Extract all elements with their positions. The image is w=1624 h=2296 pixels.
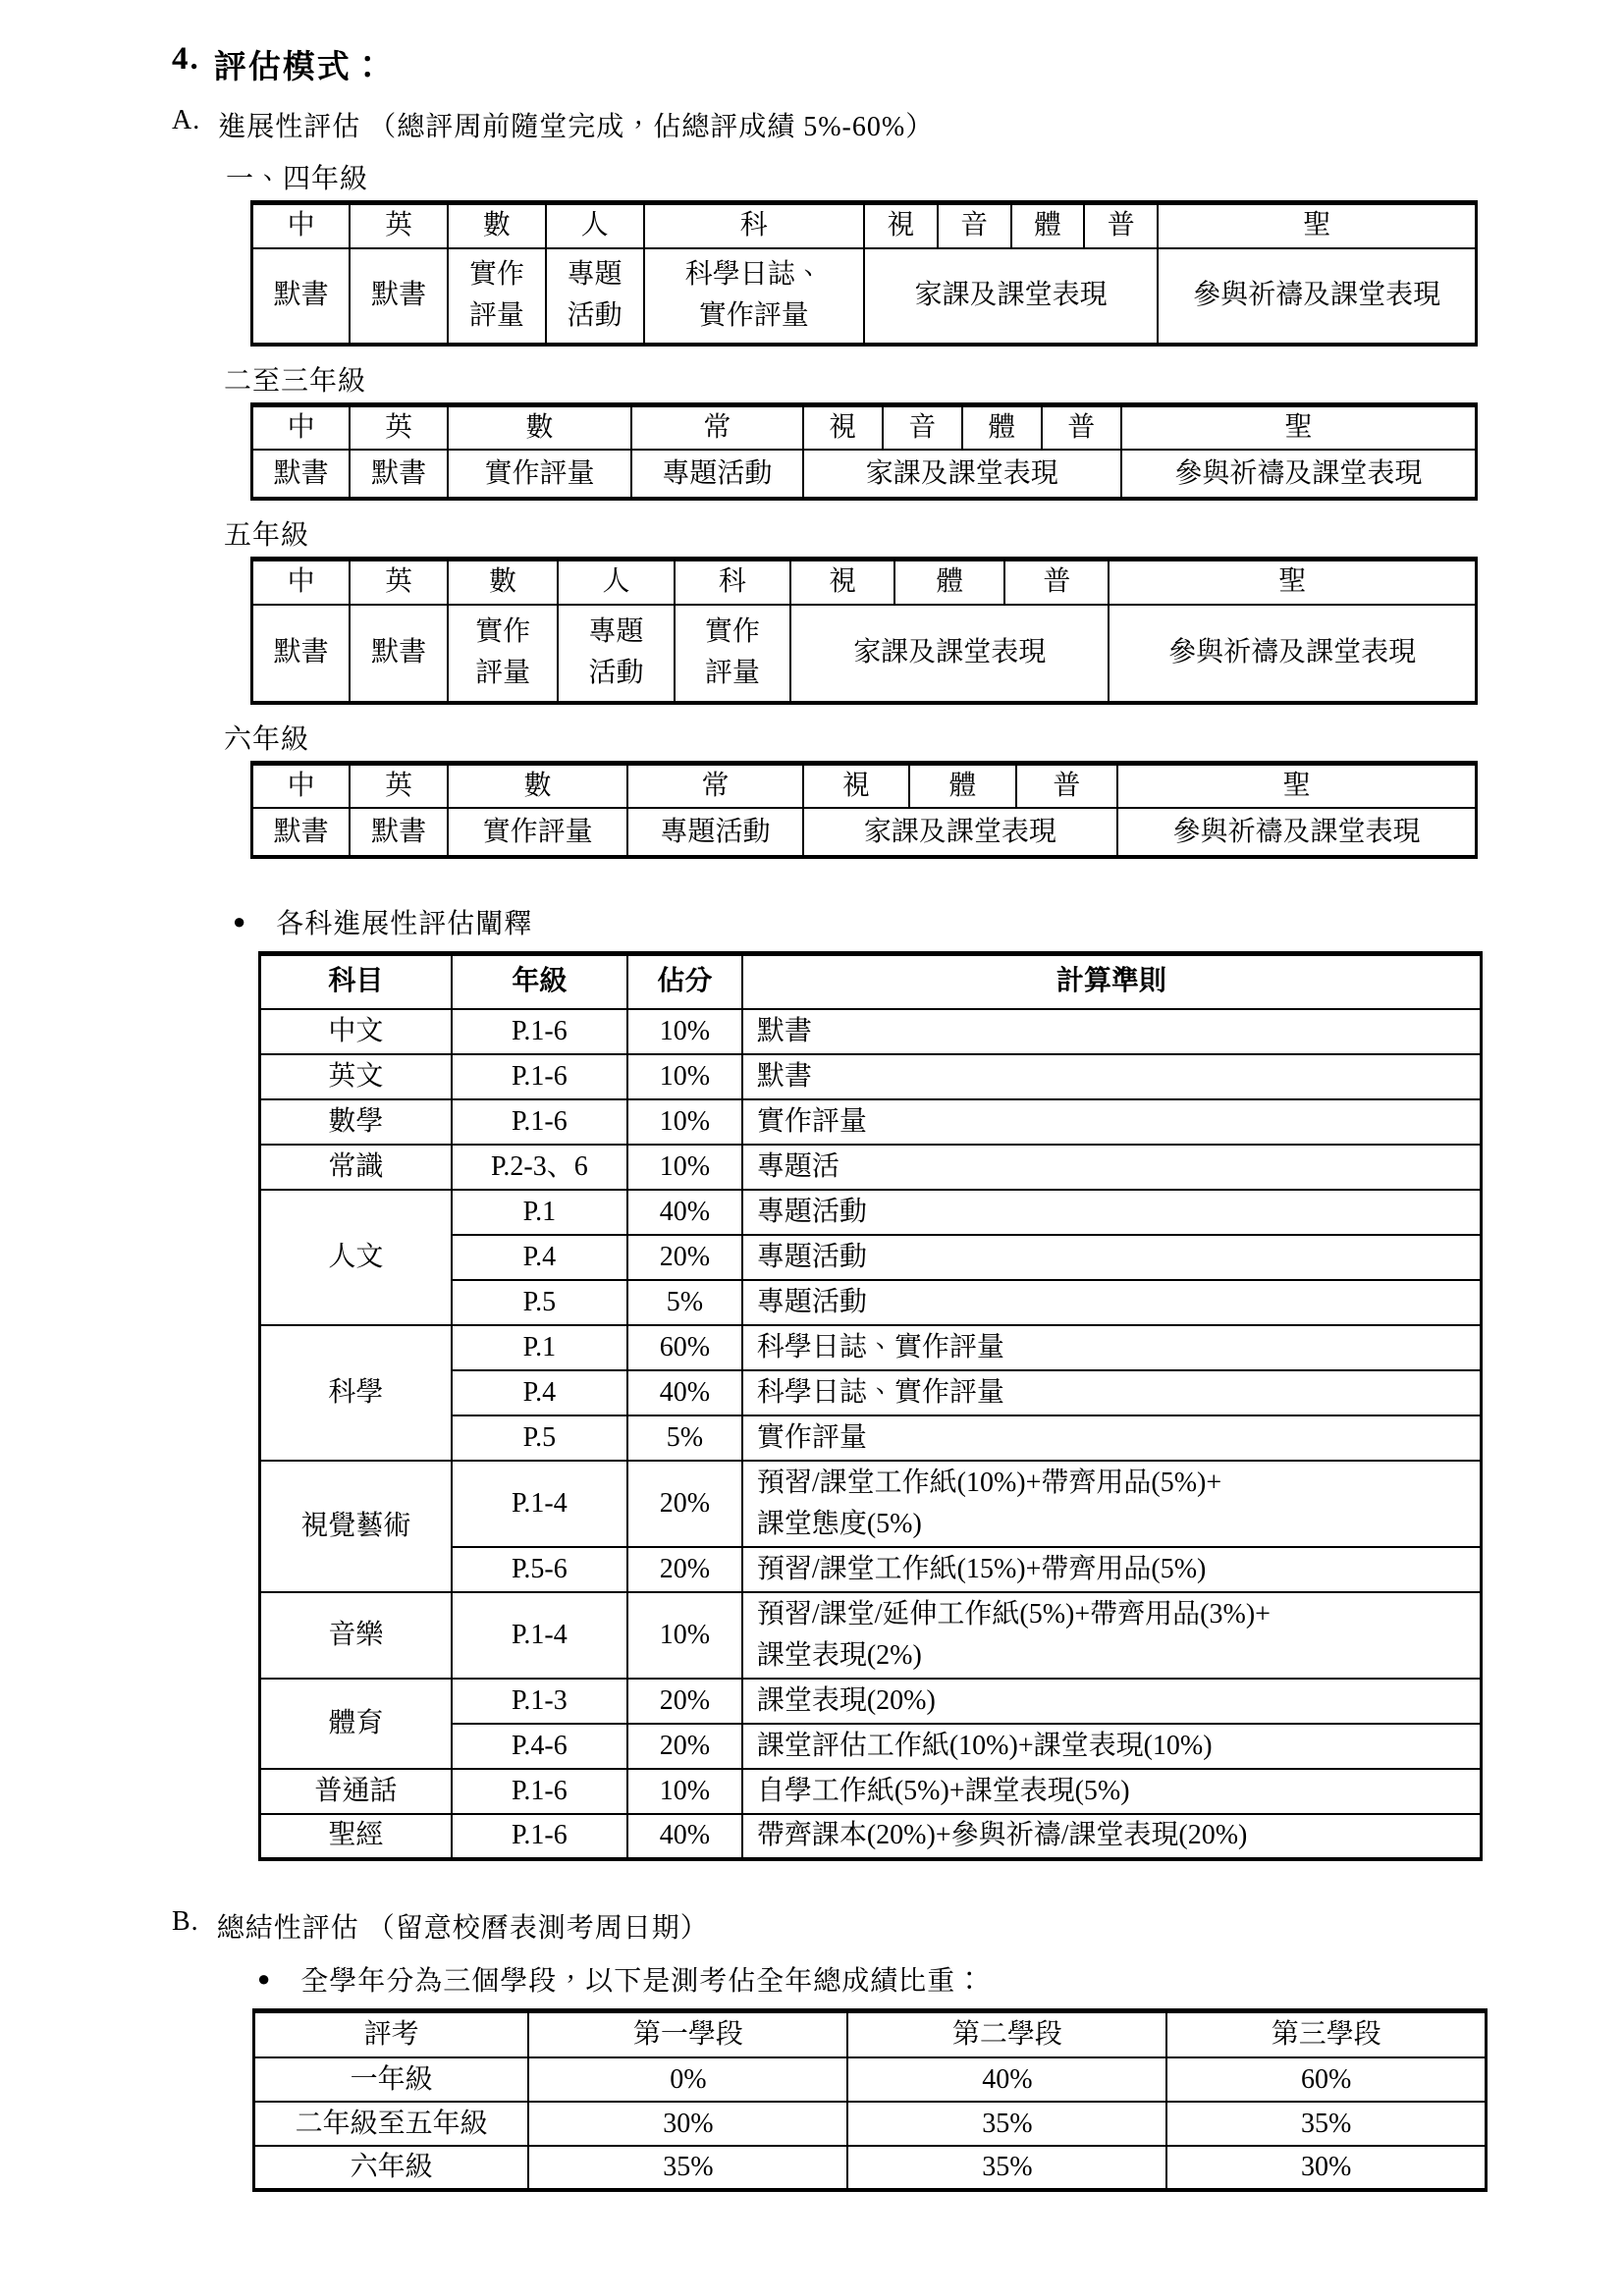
percent-cell: 40%: [627, 1814, 742, 1859]
header-cell: 科: [675, 560, 790, 605]
rule-cell: 實作評量: [742, 1099, 1482, 1145]
summary-table-caption: ● 全學年分為三個學段，以下是測考佔全年總成績比重：: [257, 1959, 1624, 1999]
body-cell: 參與祈禱及課堂表現: [1158, 248, 1476, 345]
header-cell: 體: [909, 763, 1015, 808]
table-row: 六年級 35% 35% 30%: [254, 2146, 1487, 2190]
header-cell: 第三學段: [1166, 2010, 1486, 2057]
grade-level-cell: 一年級: [254, 2057, 529, 2102]
percent-cell: 20%: [627, 1679, 742, 1724]
header-cell: 體: [1011, 203, 1085, 248]
section-number: 4.: [172, 41, 200, 87]
header-cell: 數: [448, 560, 558, 605]
rule-cell: 自學工作紙(5%)+課堂表現(5%): [742, 1769, 1482, 1814]
part-b-title: 總結性評估 （留意校曆表測考周日期）: [217, 1906, 709, 1946]
grade-cell: P.1-3: [452, 1679, 627, 1724]
grade-cell: P.5: [452, 1415, 627, 1461]
grade-cell: P.1-6: [452, 1099, 627, 1145]
table-body-row: 默書 默書 實作評量 專題活動 家課及課堂表現 參與祈禱及課堂表現: [252, 808, 1477, 857]
body-cell: 默書: [350, 248, 448, 345]
header-cell: 第一學段: [528, 2010, 847, 2057]
summary-table-caption-text: 全學年分為三個學段，以下是測考佔全年總成績比重：: [300, 1959, 984, 1999]
percent-cell: 35%: [1166, 2102, 1486, 2146]
body-cell: 實作評量: [448, 808, 627, 857]
part-a-heading: A. 進展性評估 （總評周前隨堂完成，佔總評成績 5%-60%）: [172, 105, 1624, 144]
rule-cell: 專題活動: [742, 1190, 1482, 1235]
body-cell: 家課及課堂表現: [803, 808, 1117, 857]
part-b-letter: B.: [172, 1906, 199, 1946]
percent-cell: 5%: [627, 1280, 742, 1325]
percent-cell: 40%: [847, 2057, 1166, 2102]
table-row: 視覺藝術 P.1-4 20% 預習/課堂工作紙(10%)+帶齊用品(5%)+ 課…: [260, 1461, 1482, 1547]
subject-cell: 中文: [260, 1009, 452, 1054]
subject-cell: 體育: [260, 1679, 452, 1769]
part-a-title: 進展性評估 （總評周前隨堂完成，佔總評成績 5%-60%）: [218, 105, 934, 144]
grade-cell: P.1: [452, 1325, 627, 1370]
rule-cell: 專題活: [742, 1145, 1482, 1190]
header-cell: 聖: [1109, 560, 1476, 605]
percent-cell: 35%: [847, 2146, 1166, 2190]
header-cell: 年級: [452, 954, 627, 1009]
part-a-letter: A.: [172, 105, 200, 144]
percent-cell: 5%: [627, 1415, 742, 1461]
percent-cell: 30%: [528, 2102, 847, 2146]
rule-cell: 實作評量: [742, 1415, 1482, 1461]
header-cell: 第二學段: [847, 2010, 1166, 2057]
percent-cell: 30%: [1166, 2146, 1486, 2190]
header-cell: 普: [1042, 404, 1121, 450]
table-row: 中文 P.1-6 10% 默書: [260, 1009, 1482, 1054]
table-row: 人文 P.1 40% 專題活動: [260, 1190, 1482, 1235]
rule-cell: 預習/課堂工作紙(15%)+帶齊用品(5%): [742, 1547, 1482, 1592]
header-cell: 視: [803, 763, 909, 808]
rule-cell: 專題活動: [742, 1235, 1482, 1280]
percent-cell: 10%: [627, 1592, 742, 1679]
table-row: 音樂 P.1-4 10% 預習/課堂/延伸工作紙(5%)+帶齊用品(3%)+ 課…: [260, 1592, 1482, 1679]
percent-cell: 20%: [627, 1724, 742, 1769]
table-row: 常識 P.2-3、6 10% 專題活: [260, 1145, 1482, 1190]
body-cell: 默書: [252, 808, 351, 857]
body-cell: 默書: [252, 605, 351, 703]
header-cell: 佔分: [627, 954, 742, 1009]
rule-cell: 默書: [742, 1054, 1482, 1099]
header-cell: 人: [558, 560, 674, 605]
body-cell: 專題 活動: [546, 248, 644, 345]
body-cell: 參與祈禱及課堂表現: [1117, 808, 1476, 857]
percent-cell: 40%: [627, 1190, 742, 1235]
table-header-row: 評考 第一學段 第二學段 第三學段: [254, 2010, 1487, 2057]
body-cell: 默書: [252, 248, 351, 345]
rule-cell: 預習/課堂工作紙(10%)+帶齊用品(5%)+ 課堂態度(5%): [742, 1461, 1482, 1547]
header-cell: 體: [894, 560, 1004, 605]
grade-cell: P.1-4: [452, 1461, 627, 1547]
table-body-row: 默書 默書 實作 評量 專題 活動 實作 評量 家課及課堂表現 參與祈禱及課堂表…: [252, 605, 1477, 703]
percent-cell: 20%: [627, 1547, 742, 1592]
grade-cell: P.4: [452, 1235, 627, 1280]
rule-cell: 課堂評估工作紙(10%)+課堂表現(10%): [742, 1724, 1482, 1769]
subject-cell: 科學: [260, 1325, 452, 1461]
grade-cell: P.5-6: [452, 1547, 627, 1592]
header-cell: 英: [350, 763, 448, 808]
rule-cell: 帶齊課本(20%)+參與祈禱/課堂表現(20%): [742, 1814, 1482, 1859]
percent-cell: 35%: [528, 2146, 847, 2190]
detail-table-caption-text: 各科進展性評估闡釋: [276, 902, 532, 941]
subject-cell: 普通話: [260, 1769, 452, 1814]
body-cell: 實作評量: [448, 450, 631, 499]
subject-cell: 視覺藝術: [260, 1461, 452, 1592]
header-cell: 科目: [260, 954, 452, 1009]
body-cell: 專題 活動: [558, 605, 674, 703]
grade2-3-assessment-table: 中 英 數 常 視 音 體 普 聖 默書 默書 實作評量 專題活動 家課及課堂表…: [250, 402, 1478, 502]
grade-cell: P.1-4: [452, 1592, 627, 1679]
table-row: 一年級 0% 40% 60%: [254, 2057, 1487, 2102]
table-header-row: 科目 年級 佔分 計算準則: [260, 954, 1482, 1009]
header-cell: 中: [252, 763, 351, 808]
table-row: 英文 P.1-6 10% 默書: [260, 1054, 1482, 1099]
grade-level-cell: 六年級: [254, 2146, 529, 2190]
table-body-row: 默書 默書 實作評量 專題活動 家課及課堂表現 參與祈禱及課堂表現: [252, 450, 1477, 499]
header-cell: 普: [1004, 560, 1109, 605]
header-cell: 科: [644, 203, 864, 248]
grade-level-cell: 二年級至五年級: [254, 2102, 529, 2146]
header-cell: 中: [252, 404, 351, 450]
summative-assessment-weight-table: 評考 第一學段 第二學段 第三學段 一年級 0% 40% 60% 二年級至五年級…: [252, 2008, 1488, 2193]
subject-cell: 英文: [260, 1054, 452, 1099]
table-row: 聖經 P.1-6 40% 帶齊課本(20%)+參與祈禱/課堂表現(20%): [260, 1814, 1482, 1859]
header-cell: 音: [883, 404, 962, 450]
header-cell: 聖: [1158, 203, 1476, 248]
grade6-table-label: 六年級: [224, 718, 1624, 757]
header-cell: 常: [627, 763, 802, 808]
body-cell: 專題活動: [627, 808, 802, 857]
header-cell: 中: [252, 560, 351, 605]
percent-cell: 10%: [627, 1099, 742, 1145]
bullet-icon: ●: [257, 1968, 271, 1990]
header-cell: 英: [350, 560, 448, 605]
subject-cell: 人文: [260, 1190, 452, 1325]
subject-cell: 音樂: [260, 1592, 452, 1679]
percent-cell: 40%: [627, 1370, 742, 1415]
section-heading: 4. 評估模式：: [172, 41, 1624, 87]
bullet-icon: ●: [233, 911, 246, 933]
table-row: 科學 P.1 60% 科學日誌、實作評量: [260, 1325, 1482, 1370]
body-cell: 家課及課堂表現: [864, 248, 1158, 345]
rule-cell: 預習/課堂/延伸工作紙(5%)+帶齊用品(3%)+ 課堂表現(2%): [742, 1592, 1482, 1679]
header-cell: 中: [252, 203, 351, 248]
body-cell: 參與祈禱及課堂表現: [1121, 450, 1477, 499]
rule-cell: 課堂表現(20%): [742, 1679, 1482, 1724]
body-cell: 參與祈禱及課堂表現: [1109, 605, 1476, 703]
percent-cell: 10%: [627, 1009, 742, 1054]
header-cell: 普: [1084, 203, 1158, 248]
table-body-row: 默書 默書 實作 評量 專題 活動 科學日誌、 實作評量 家課及課堂表現 參與祈…: [252, 248, 1477, 345]
header-cell: 視: [790, 560, 894, 605]
body-cell: 實作 評量: [448, 248, 546, 345]
header-cell: 體: [962, 404, 1042, 450]
body-cell: 默書: [350, 605, 448, 703]
rule-cell: 默書: [742, 1009, 1482, 1054]
percent-cell: 35%: [847, 2102, 1166, 2146]
subject-cell: 常識: [260, 1145, 452, 1190]
percent-cell: 60%: [627, 1325, 742, 1370]
subject-cell: 數學: [260, 1099, 452, 1145]
subject-cell: 聖經: [260, 1814, 452, 1859]
table-header-row: 中 英 數 常 視 體 普 聖: [252, 763, 1477, 808]
header-cell: 計算準則: [742, 954, 1482, 1009]
grade2-3-table-label: 二至三年級: [224, 359, 1624, 399]
percent-cell: 0%: [528, 2057, 847, 2102]
header-cell: 視: [864, 203, 938, 248]
body-cell: 實作 評量: [675, 605, 790, 703]
table-header-row: 中 英 數 人 科 視 體 普 聖: [252, 560, 1477, 605]
rule-cell: 專題活動: [742, 1280, 1482, 1325]
rule-cell: 科學日誌、實作評量: [742, 1370, 1482, 1415]
percent-cell: 10%: [627, 1054, 742, 1099]
section-title: 評估模式：: [214, 41, 386, 87]
table-row: 二年級至五年級 30% 35% 35%: [254, 2102, 1487, 2146]
header-cell: 英: [350, 404, 448, 450]
body-cell: 家課及課堂表現: [790, 605, 1109, 703]
body-cell: 默書: [252, 450, 351, 499]
body-cell: 實作 評量: [448, 605, 558, 703]
table-header-row: 中 英 數 人 科 視 音 體 普 聖: [252, 203, 1477, 248]
percent-cell: 10%: [627, 1145, 742, 1190]
grade6-assessment-table: 中 英 數 常 視 體 普 聖 默書 默書 實作評量 專題活動 家課及課堂表現 …: [250, 761, 1478, 860]
body-cell: 科學日誌、 實作評量: [644, 248, 864, 345]
grade-cell: P.2-3、6: [452, 1145, 627, 1190]
header-cell: 音: [938, 203, 1011, 248]
grade-cell: P.1-6: [452, 1054, 627, 1099]
header-cell: 普: [1016, 763, 1118, 808]
percent-cell: 20%: [627, 1235, 742, 1280]
grade-cell: P.1: [452, 1190, 627, 1235]
grade-cell: P.1-6: [452, 1769, 627, 1814]
percent-cell: 10%: [627, 1769, 742, 1814]
header-cell: 評考: [254, 2010, 529, 2057]
grade5-assessment-table: 中 英 數 人 科 視 體 普 聖 默書 默書 實作 評量 專題 活動 實作 評…: [250, 557, 1478, 705]
table-header-row: 中 英 數 常 視 音 體 普 聖: [252, 404, 1477, 450]
body-cell: 默書: [350, 450, 448, 499]
grade-cell: P.1-6: [452, 1814, 627, 1859]
grade5-table-label: 五年級: [224, 513, 1624, 553]
body-cell: 默書: [350, 808, 448, 857]
grade4-assessment-table: 中 英 數 人 科 視 音 體 普 聖 默書 默書 實作 評量 專題 活動 科學…: [250, 200, 1478, 347]
header-cell: 數: [448, 763, 627, 808]
table-row: 體育 P.1-3 20% 課堂表現(20%): [260, 1679, 1482, 1724]
body-cell: 專題活動: [631, 450, 803, 499]
grade4-table-label: 一、四年級: [226, 157, 1624, 196]
header-cell: 視: [803, 404, 883, 450]
header-cell: 常: [631, 404, 803, 450]
header-cell: 數: [448, 404, 631, 450]
header-cell: 人: [546, 203, 644, 248]
table-row: 普通話 P.1-6 10% 自學工作紙(5%)+課堂表現(5%): [260, 1769, 1482, 1814]
table-row: 數學 P.1-6 10% 實作評量: [260, 1099, 1482, 1145]
percent-cell: 20%: [627, 1461, 742, 1547]
grade-cell: P.1-6: [452, 1009, 627, 1054]
header-cell: 數: [448, 203, 546, 248]
body-cell: 家課及課堂表現: [803, 450, 1121, 499]
document-page: 4. 評估模式： A. 進展性評估 （總評周前隨堂完成，佔總評成績 5%-60%…: [0, 0, 1624, 2192]
grade-cell: P.5: [452, 1280, 627, 1325]
header-cell: 聖: [1121, 404, 1477, 450]
progressive-assessment-detail-table: 科目 年級 佔分 計算準則 中文 P.1-6 10% 默書 英文 P.1-6 1…: [258, 951, 1483, 1861]
header-cell: 英: [350, 203, 448, 248]
rule-cell: 科學日誌、實作評量: [742, 1325, 1482, 1370]
detail-table-caption: ● 各科進展性評估闡釋: [233, 902, 1624, 941]
header-cell: 聖: [1117, 763, 1476, 808]
grade-cell: P.4: [452, 1370, 627, 1415]
percent-cell: 60%: [1166, 2057, 1486, 2102]
part-b-heading: B. 總結性評估 （留意校曆表測考周日期）: [172, 1906, 1624, 1946]
grade-cell: P.4-6: [452, 1724, 627, 1769]
